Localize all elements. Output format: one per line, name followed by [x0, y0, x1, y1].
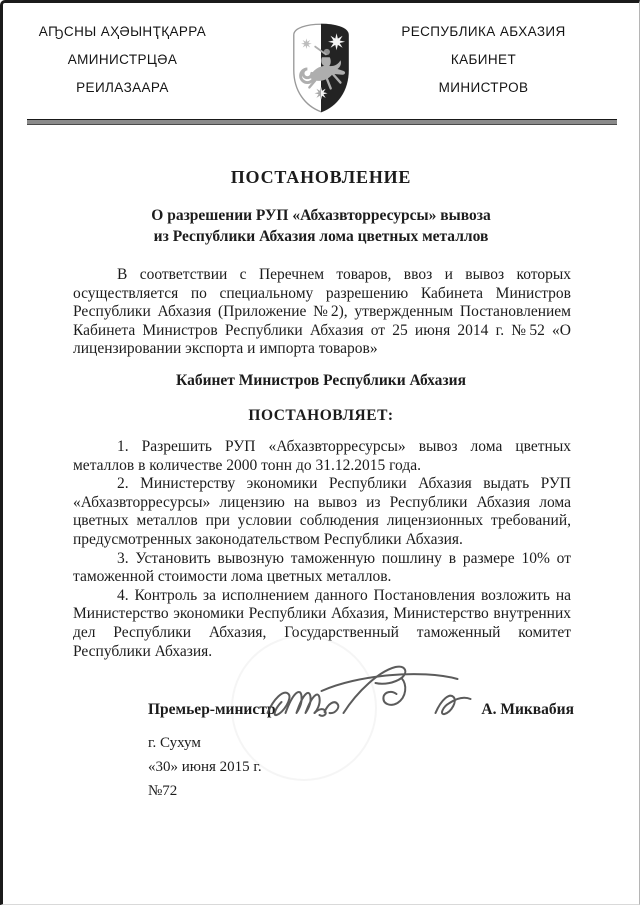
resolution-item-3: 3. Установить вывозную таможенную пошлин… — [73, 550, 571, 587]
authority-line: Кабинет Министров Республики Абхазия — [3, 372, 639, 390]
decree-document-page: АҦСНЫ АҲӘЫНҬҚАРРА АМИНИСТРЦӘА РЕИЛАЗААРА — [0, 0, 640, 905]
footer-block: г. Сухум «30» июня 2015 г. №72 — [148, 735, 639, 799]
footer-number: №72 — [148, 783, 639, 799]
resolves-line: ПОСТАНОВЛЯЕТ: — [3, 407, 639, 425]
signature-row: Премьер-министр А. Миквабия — [148, 701, 574, 719]
letterhead-abkhaz-line1: АҦСНЫ АҲӘЫНҬҚАРРА — [25, 25, 220, 39]
letterhead-abkhaz: АҦСНЫ АҲӘЫНҬҚАРРА АМИНИСТРЦӘА РЕИЛАЗААРА — [25, 25, 220, 109]
document-subtitle-line1: О разрешении РУП «Абхазвторресурсы» выво… — [3, 205, 639, 226]
preamble-section: В соответствии с Перечнем товаров, ввоз … — [73, 266, 571, 359]
signer-position: Премьер-министр — [148, 701, 276, 719]
preamble-paragraph: В соответствии с Перечнем товаров, ввоз … — [73, 266, 571, 359]
letterhead-divider-rule — [27, 119, 617, 125]
letterhead-russian-line3: МИНИСТРОВ — [386, 81, 581, 95]
letterhead-abkhaz-line3: РЕИЛАЗААРА — [25, 81, 220, 95]
letterhead-abkhaz-line2: АМИНИСТРЦӘА — [25, 53, 220, 67]
letterhead: АҦСНЫ АҲӘЫНҬҚАРРА АМИНИСТРЦӘА РЕИЛАЗААРА — [3, 25, 639, 113]
resolution-item-1: 1. Разрешить РУП «Абхазвторресурсы» выво… — [73, 438, 571, 475]
letterhead-russian-line1: РЕСПУБЛИКА АБХАЗИЯ — [386, 25, 581, 39]
footer-date: «30» июня 2015 г. — [148, 759, 639, 775]
footer-city: г. Сухум — [148, 735, 639, 751]
signer-name: А. Миквабия — [481, 701, 574, 719]
abkhazia-coat-of-arms-icon — [286, 21, 356, 115]
document-subtitle-line2: из Республики Абхазия лома цветных метал… — [3, 226, 639, 247]
document-subtitle: О разрешении РУП «Абхазвторресурсы» выво… — [3, 205, 639, 247]
letterhead-russian-line2: КАБИНЕТ — [386, 53, 581, 67]
document-title: ПОСТАНОВЛЕНИЕ — [3, 167, 639, 188]
resolution-items: 1. Разрешить РУП «Абхазвторресурсы» выво… — [73, 438, 571, 661]
resolution-item-2: 2. Министерству экономики Республики Абх… — [73, 475, 571, 549]
letterhead-russian: РЕСПУБЛИКА АБХАЗИЯ КАБИНЕТ МИНИСТРОВ — [386, 25, 581, 109]
